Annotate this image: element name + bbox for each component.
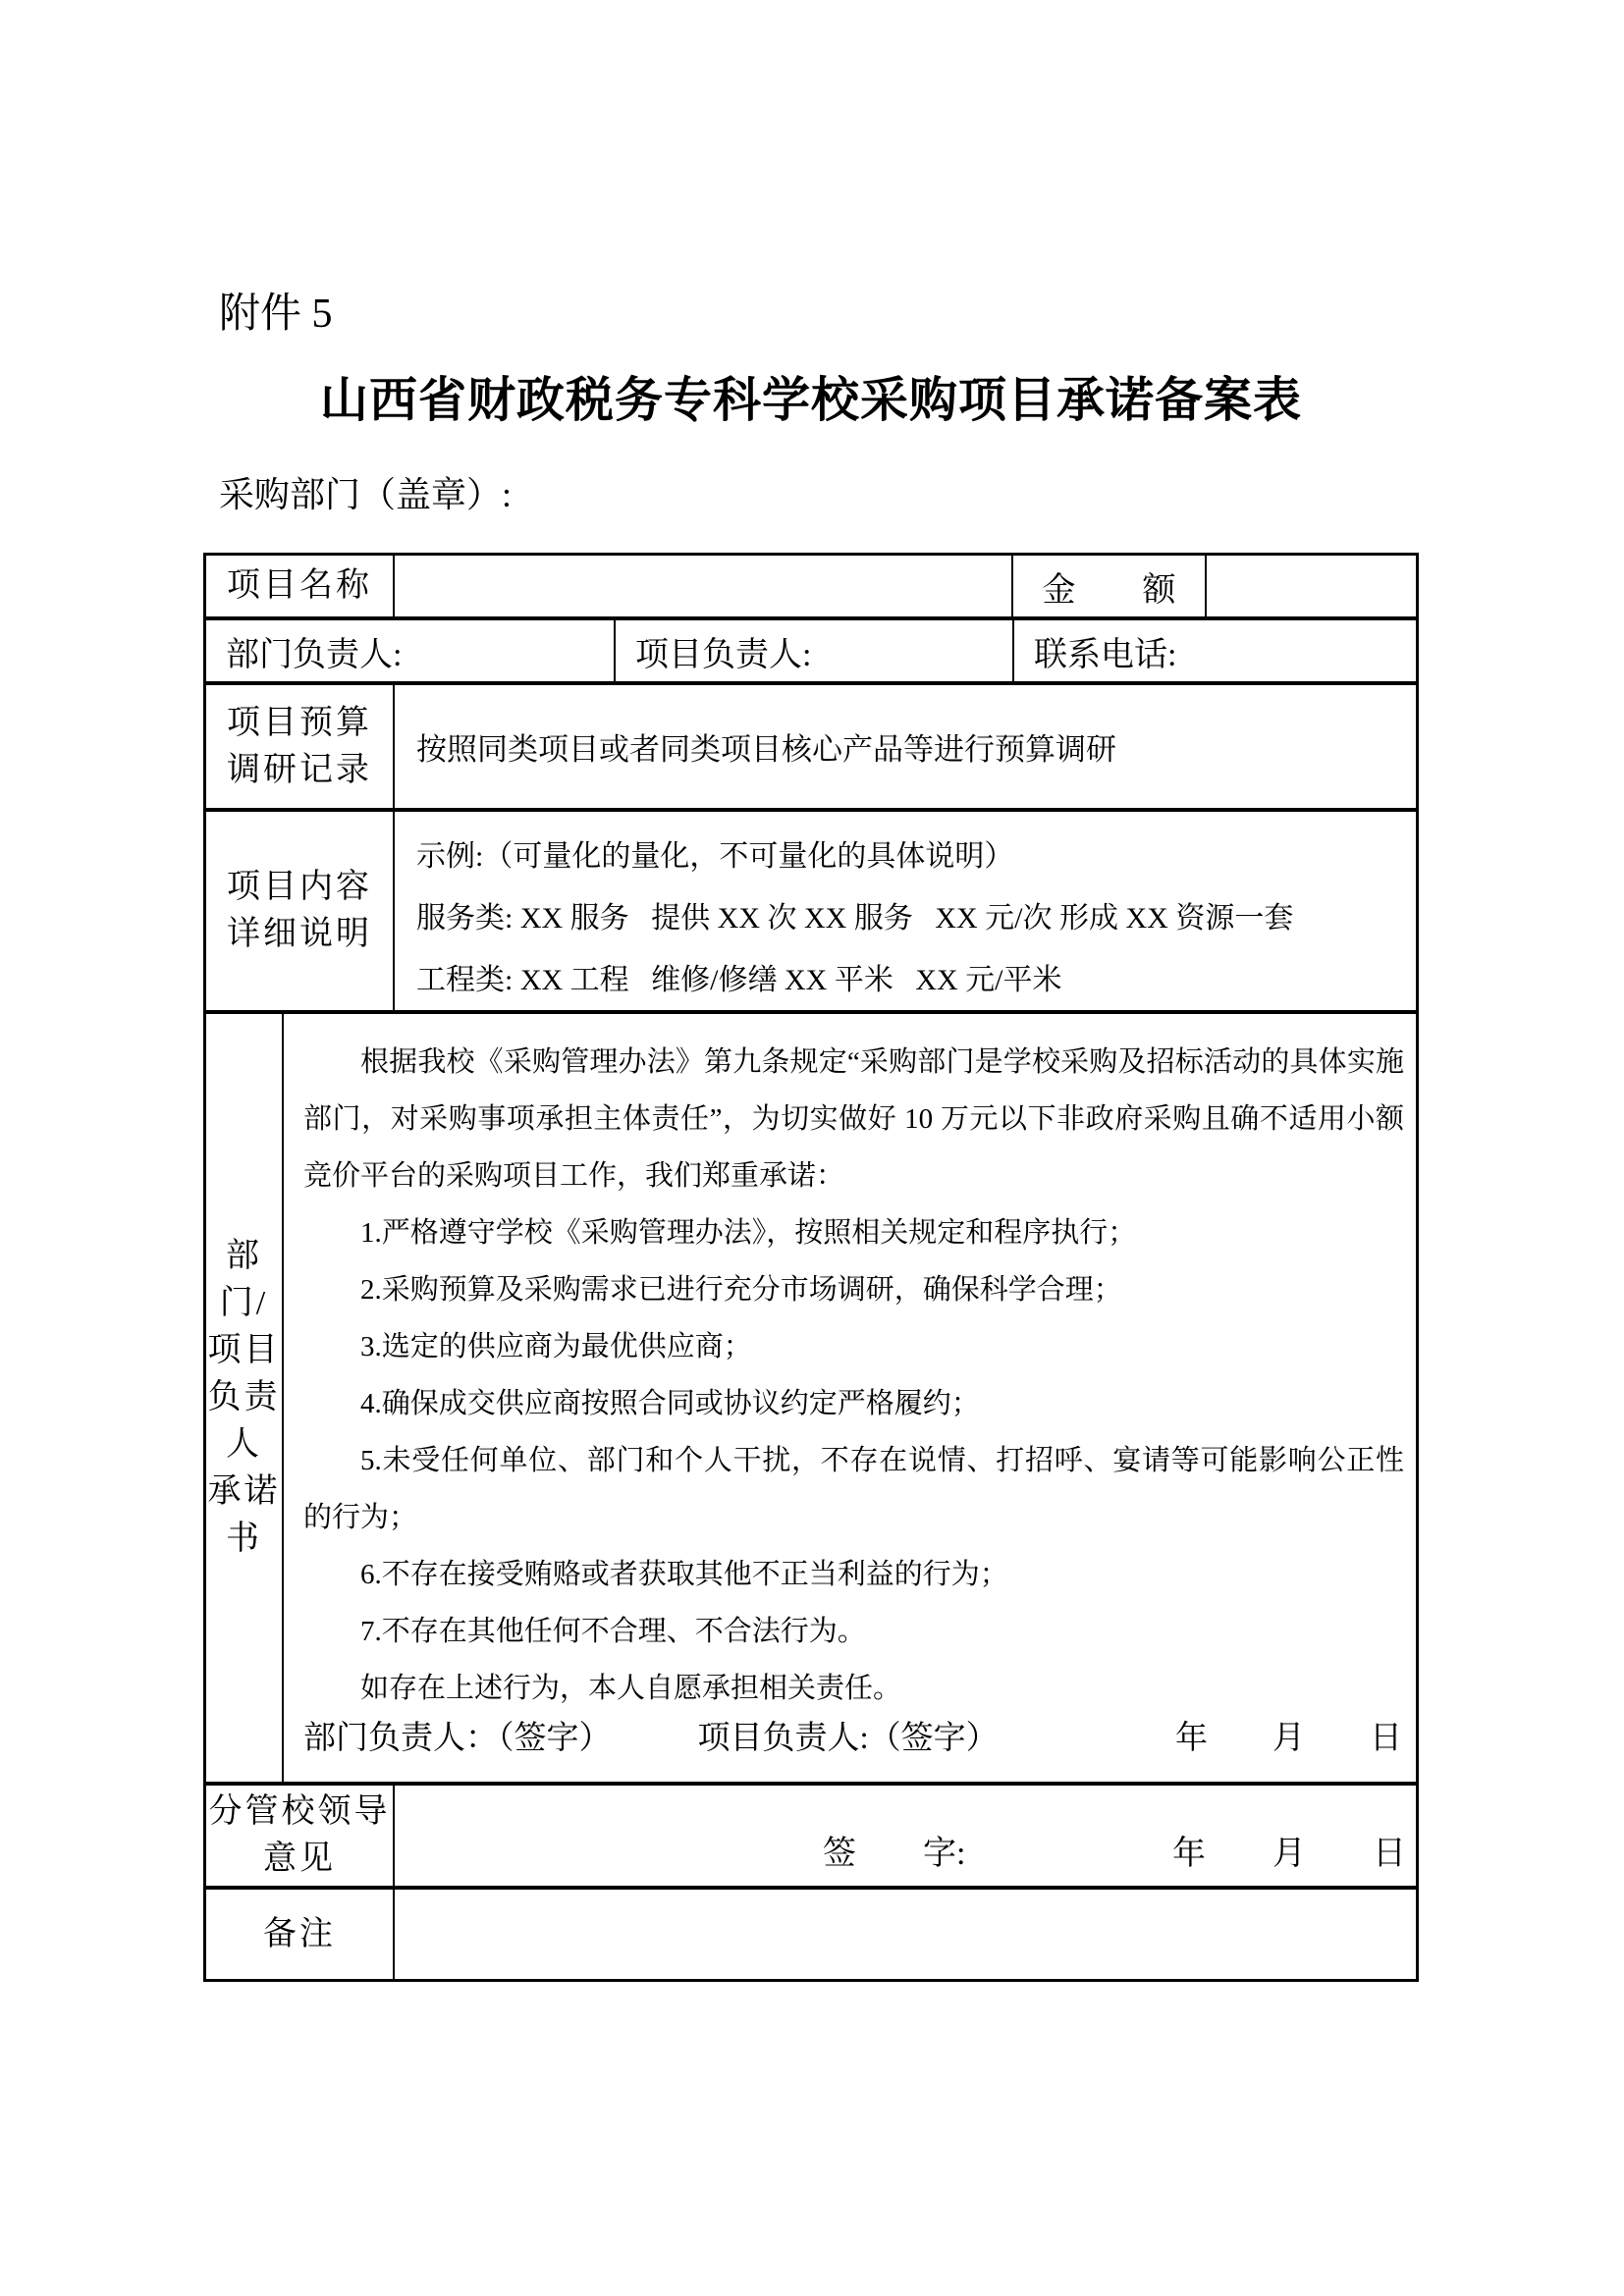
commitment-paragraph: 根据我校《采购管理办法》第九条规定“采购部门是学校采购及招标活动的具体实施部门，… bbox=[303, 1034, 1404, 1204]
leader-sign-date: 年 月 日 bbox=[1172, 1826, 1406, 1874]
budget-content-text: 按照同类项目或者同类项目核心产品等进行预算调研 bbox=[416, 724, 1116, 769]
leader-label-line1: 分管校领导 bbox=[209, 1789, 391, 1836]
commitment-item-5: 5.未受任何单位、部门和个人干扰，不存在说情、打招呼、宴请等可能影响公正性的行为… bbox=[303, 1432, 1404, 1546]
budget-label-line1: 项目预算 bbox=[227, 700, 372, 747]
budget-label-cell: 项目预算 调研记录 bbox=[206, 685, 395, 808]
table-row-commitment: 部门/项目 负责人 承诺书 根据我校《采购管理办法》第九条规定“采购部门是学校采… bbox=[206, 1014, 1416, 1786]
form-table: 项目名称 金 额 部门负责人: 项目负责人: 联系电话: 项目预算 调研记录 按… bbox=[203, 553, 1419, 1982]
project-head-label: 项目负责人: bbox=[635, 627, 811, 675]
phone-label: 联系电话: bbox=[1034, 627, 1176, 675]
dept-head-cell: 部门负责人: bbox=[206, 620, 616, 681]
sign-date-label: 年 月 日 bbox=[1175, 1717, 1404, 1760]
remark-label-cell: 备注 bbox=[206, 1890, 395, 1979]
page-title: 山西省财政税务专科学校采购项目承诺备案表 bbox=[203, 369, 1419, 432]
detail-service-line: 服务类: XX 服务 提供 XX 次 XX 服务 XX 元/次 形成 XX 资源… bbox=[416, 887, 1410, 949]
content-label-line2: 详细说明 bbox=[227, 911, 372, 958]
table-row-leader-opinion: 分管校领导 意见 签 字: 年 月 日 bbox=[206, 1786, 1416, 1890]
project-name-label-cell: 项目名称 bbox=[206, 556, 395, 616]
dept-head-label: 部门负责人: bbox=[226, 627, 402, 675]
amount-label: 金 额 bbox=[1043, 562, 1176, 611]
commitment-closing: 如存在上述行为，本人自愿承担相关责任。 bbox=[303, 1660, 1404, 1717]
detail-example-line: 示例:（可量化的量化，不可量化的具体说明） bbox=[416, 826, 1410, 887]
commitment-item-2: 2.采购预算及采购需求已进行充分市场调研，确保科学合理； bbox=[303, 1261, 1404, 1318]
sign-dept-label: 部门负责人：（签字） bbox=[303, 1717, 612, 1760]
amount-label-cell: 金 额 bbox=[1013, 556, 1207, 616]
leader-label-line2: 意见 bbox=[263, 1836, 336, 1883]
content-label-cell: 项目内容 详细说明 bbox=[206, 812, 395, 1010]
commitment-sign-row: 部门负责人：（签字） 项目负责人:（签字） 年 月 日 bbox=[303, 1717, 1404, 1760]
commitment-label-cell: 部门/项目 负责人 承诺书 bbox=[206, 1014, 284, 1782]
attachment-label: 附件 5 bbox=[219, 287, 333, 342]
commitment-item-1: 1.严格遵守学校《采购管理办法》，按照相关规定和程序执行； bbox=[303, 1204, 1404, 1261]
detail-project-line: 工程类: XX 工程 维修/修缮 XX 平米 XX 元/平米 bbox=[416, 949, 1410, 1010]
table-row-project-name: 项目名称 金 额 bbox=[206, 556, 1416, 620]
commitment-item-4: 4.确保成交供应商按照合同或协议约定严格履约； bbox=[303, 1375, 1404, 1432]
commitment-item-3: 3.选定的供应商为最优供应商； bbox=[303, 1318, 1404, 1375]
commitment-label-line3: 承诺书 bbox=[206, 1468, 282, 1563]
project-head-cell: 项目负责人: bbox=[616, 620, 1014, 681]
leader-sign-label: 签 字: bbox=[823, 1826, 965, 1874]
phone-cell: 联系电话: bbox=[1014, 620, 1416, 681]
table-row-budget: 项目预算 调研记录 按照同类项目或者同类项目核心产品等进行预算调研 bbox=[206, 685, 1416, 812]
budget-content-cell: 按照同类项目或者同类项目核心产品等进行预算调研 bbox=[395, 685, 1416, 808]
amount-value-cell bbox=[1207, 556, 1416, 616]
table-row-content-detail: 项目内容 详细说明 示例:（可量化的量化，不可量化的具体说明） 服务类: XX … bbox=[206, 812, 1416, 1014]
remark-value-cell bbox=[395, 1890, 1416, 1979]
commitment-content-cell: 根据我校《采购管理办法》第九条规定“采购部门是学校采购及招标活动的具体实施部门，… bbox=[284, 1014, 1416, 1782]
commitment-item-6: 6.不存在接受贿赂或者获取其他不正当利益的行为； bbox=[303, 1546, 1404, 1603]
commitment-item-7: 7.不存在其他任何不合理、不合法行为。 bbox=[303, 1603, 1404, 1660]
project-name-value-cell bbox=[395, 556, 1013, 616]
leader-label-cell: 分管校领导 意见 bbox=[206, 1786, 395, 1886]
commitment-label-line1: 部门/项目 bbox=[206, 1233, 282, 1374]
project-name-label: 项目名称 bbox=[227, 562, 372, 610]
sign-project-label: 项目负责人:（签字） bbox=[698, 1717, 999, 1760]
content-detail-cell: 示例:（可量化的量化，不可量化的具体说明） 服务类: XX 服务 提供 XX 次… bbox=[395, 812, 1416, 1010]
leader-sign-cell: 签 字: 年 月 日 bbox=[395, 1786, 1416, 1886]
commitment-label-line2: 负责人 bbox=[206, 1374, 282, 1468]
content-label-line1: 项目内容 bbox=[227, 864, 372, 911]
table-row-remark: 备注 bbox=[206, 1890, 1416, 1979]
stamp-label: 采购部门（盖章）: bbox=[219, 471, 512, 518]
remark-label: 备注 bbox=[263, 1911, 336, 1958]
budget-label-line2: 调研记录 bbox=[227, 747, 372, 794]
table-row-contacts: 部门负责人: 项目负责人: 联系电话: bbox=[206, 620, 1416, 685]
